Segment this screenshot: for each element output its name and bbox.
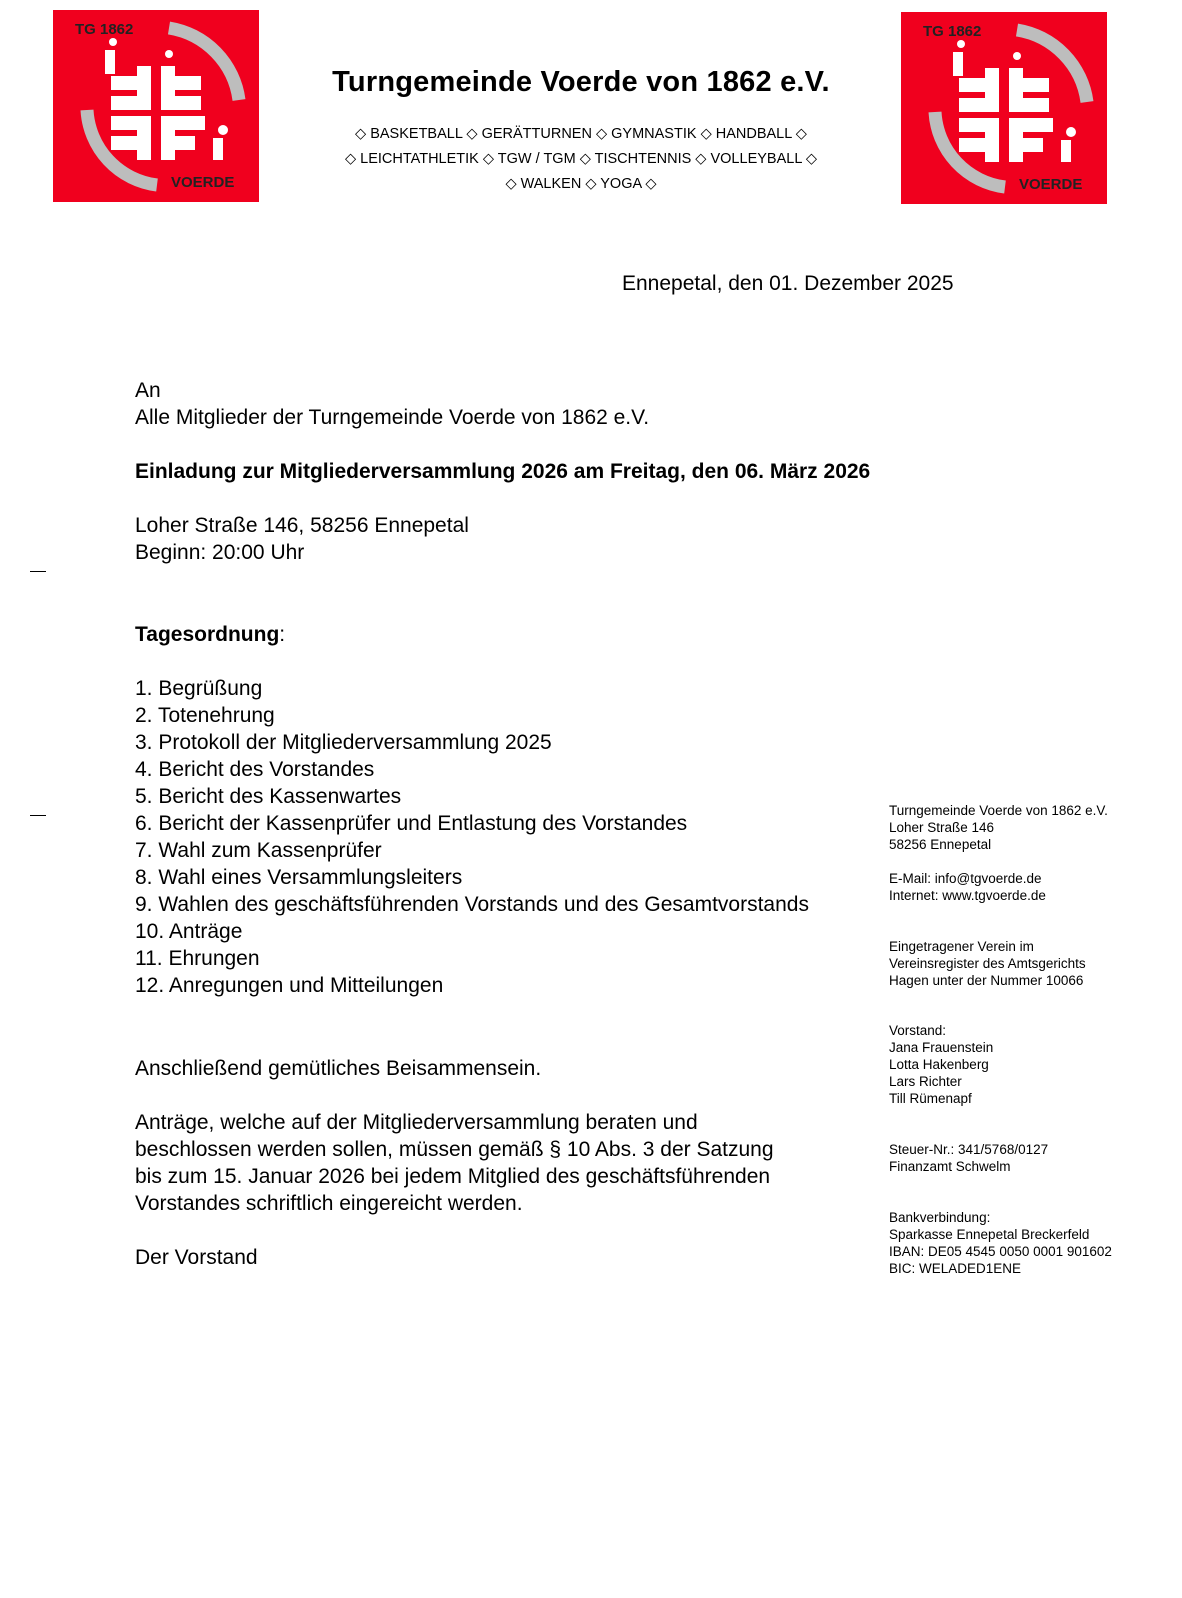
- start-time: Beginn: 20:00 Uhr: [135, 539, 469, 566]
- recipient-block: An Alle Mitglieder der Turngemeinde Voer…: [135, 377, 649, 431]
- fold-mark: [30, 815, 46, 816]
- sidebar-tax: Steuer-Nr.: 341/5768/0127 Finanzamt Schw…: [889, 1141, 1048, 1175]
- paragraph-line: bis zum 15. Januar 2026 bei jedem Mitgli…: [135, 1163, 774, 1190]
- agenda-item: 6. Bericht der Kassenprüfer und Entlastu…: [135, 810, 809, 837]
- svg-text:TG 1862: TG 1862: [923, 23, 981, 40]
- sports-line: ◇ WALKEN ◇ YOGA ◇: [270, 172, 892, 197]
- sidebar-address: Turngemeinde Voerde von 1862 e.V. Loher …: [889, 802, 1108, 853]
- club-emblem-icon: TG 1862 VOERDE: [53, 10, 259, 202]
- website-link[interactable]: Internet: www.tgvoerde.de: [889, 887, 1046, 904]
- sidebar-register: Eingetragener Verein im Vereinsregister …: [889, 938, 1086, 989]
- agenda-item: 7. Wahl zum Kassenprüfer: [135, 837, 809, 864]
- agenda-item: 9. Wahlen des geschäftsführenden Vorstan…: [135, 891, 809, 918]
- agenda-list: 1. Begrüßung 2. Totenehrung 3. Protokoll…: [135, 675, 809, 999]
- letter-date: Ennepetal, den 01. Dezember 2025: [622, 272, 954, 296]
- agenda-heading-label: Tagesordnung: [135, 623, 279, 646]
- sports-line: ◇ BASKETBALL ◇ GERÄTTURNEN ◇ GYMNASTIK ◇…: [270, 122, 892, 147]
- closing-note: Anschließend gemütliches Beisammensein.: [135, 1055, 541, 1082]
- agenda-item: 12. Anregungen und Mitteilungen: [135, 972, 809, 999]
- club-title: Turngemeinde Voerde von 1862 e.V.: [270, 66, 892, 99]
- agenda-item: 4. Bericht des Vorstandes: [135, 756, 809, 783]
- agenda-item: 8. Wahl eines Versammlungsleiters: [135, 864, 809, 891]
- paragraph-line: Vorstandes schriftlich eingereicht werde…: [135, 1190, 774, 1217]
- agenda-item: 10. Anträge: [135, 918, 809, 945]
- subject-line: Einladung zur Mitgliederversammlung 2026…: [135, 458, 870, 485]
- agenda-item: 2. Totenehrung: [135, 702, 809, 729]
- recipient: Alle Mitglieder der Turngemeinde Voerde …: [135, 404, 649, 431]
- motions-paragraph: Anträge, welche auf der Mitgliederversam…: [135, 1109, 774, 1217]
- venue-block: Loher Straße 146, 58256 Ennepetal Beginn…: [135, 512, 469, 566]
- paragraph-line: beschlossen werden sollen, müssen gemäß …: [135, 1136, 774, 1163]
- email-link[interactable]: E-Mail: info@tgvoerde.de: [889, 870, 1046, 887]
- agenda-heading: Tagesordnung:: [135, 621, 285, 648]
- club-logo-left: TG 1862 VOERDE: [53, 10, 259, 202]
- venue-address: Loher Straße 146, 58256 Ennepetal: [135, 512, 469, 539]
- signature: Der Vorstand: [135, 1244, 258, 1271]
- sidebar-contact: E-Mail: info@tgvoerde.de Internet: www.t…: [889, 870, 1046, 904]
- agenda-item: 3. Protokoll der Mitgliederversammlung 2…: [135, 729, 809, 756]
- agenda-item: 5. Bericht des Kassenwartes: [135, 783, 809, 810]
- agenda-item: 1. Begrüßung: [135, 675, 809, 702]
- agenda-item: 11. Ehrungen: [135, 945, 809, 972]
- club-emblem-icon: TG 1862 VOERDE: [901, 12, 1107, 204]
- svg-text:TG 1862: TG 1862: [75, 21, 133, 38]
- fold-mark: [30, 571, 46, 572]
- club-logo-right: TG 1862 VOERDE: [901, 12, 1107, 204]
- sports-line: ◇ LEICHTATHLETIK ◇ TGW / TGM ◇ TISCHTENN…: [270, 147, 892, 172]
- sidebar-bank: Bankverbindung: Sparkasse Ennepetal Brec…: [889, 1209, 1112, 1277]
- sports-list: ◇ BASKETBALL ◇ GERÄTTURNEN ◇ GYMNASTIK ◇…: [270, 122, 892, 197]
- svg-text:VOERDE: VOERDE: [1019, 176, 1082, 193]
- paragraph-line: Anträge, welche auf der Mitgliederversam…: [135, 1109, 774, 1136]
- recipient-prefix: An: [135, 377, 649, 404]
- sidebar-board: Vorstand: Jana Frauenstein Lotta Hakenbe…: [889, 1022, 993, 1107]
- svg-text:VOERDE: VOERDE: [171, 174, 234, 191]
